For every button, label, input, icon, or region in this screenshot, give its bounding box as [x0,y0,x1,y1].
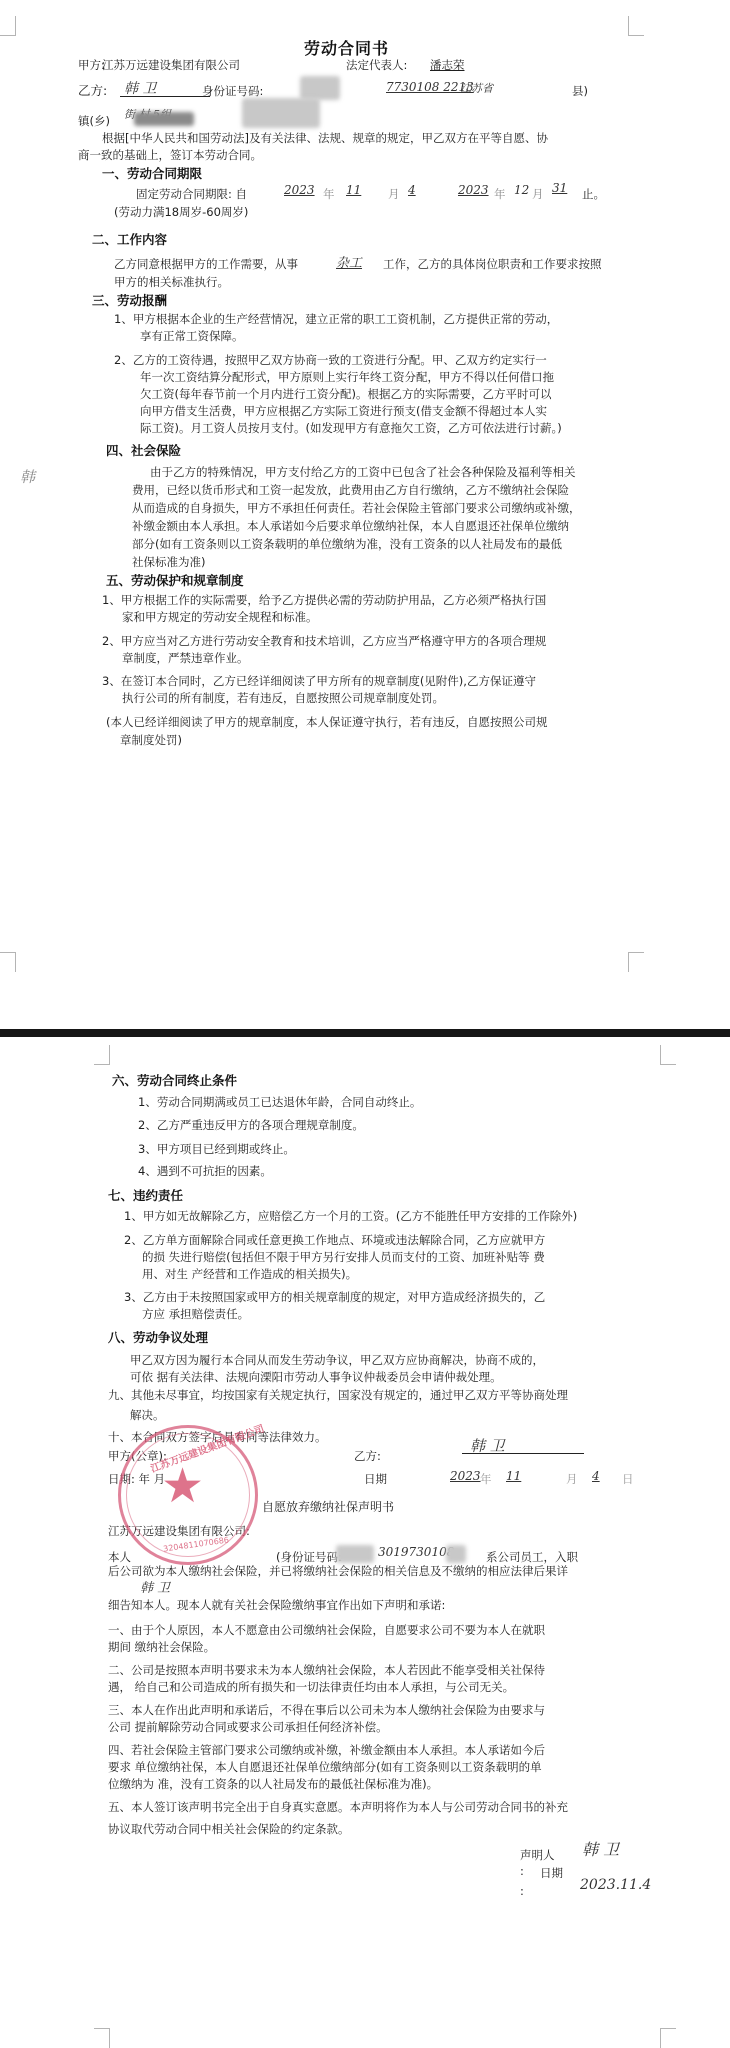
section-2-heading: 二、工作内容 [92,230,167,248]
section-8-heading: 八、劳动争议处理 [108,1328,208,1346]
section-1-heading: 一、劳动合同期限 [102,164,202,182]
contract-page-1: 劳动合同书 甲方: 江苏万远建设集团有限公司 法定代表人: 潘志荣 乙方: 韩 … [0,0,730,1029]
insurance-line-2: 费用，已经以货币形式和工资一起发放，此费用由乙方自行缴纳，乙方不缴纳社会保险 [132,482,569,498]
pay-item-1-line-1: 1、甲方根据本企业的生产经营情况，建立正常的职工工资机制，乙方提供正常的劳动， [114,311,558,327]
month-unit: 月 [566,1471,578,1487]
intro-line-1: 根据[中华人民共和国劳动法]及有关法律、法规、规章的规定，甲乙双方在平等自愿、协 [102,130,548,146]
insurance-line-5: 部分(如有工资条则以工资条载明的单位缴纳为准，没有工资条的以人社局发布的最低 [132,536,562,552]
term-label: 固定劳动合同期限: 自 [136,186,247,202]
crop-mark [660,1045,676,1065]
page-divider [0,1029,730,1037]
pay-item-2-line-4: 向甲方借支生活费，甲方应根据乙方实际工资进行预支(借支金额不得超过本人实 [140,403,547,419]
end-day: 31 [552,181,567,195]
termination-item-3: 3、甲方项目已经到期或终止。 [138,1141,295,1157]
redacted-id [300,76,340,100]
company-seal: ★ 江苏万远建设集团有限公司 3204811070686 [118,1425,258,1565]
section-9-line-1: 九、其他未尽事宜，均按国家有关规定执行，国家没有规定的，通过甲乙双方平等协商处理 [108,1387,568,1403]
section-9-line-2: 解决。 [130,1407,165,1423]
redacted-address [242,98,320,128]
liability-item-2-line-3: 用、对生 产经营和工作造成的相关损失)。 [142,1266,357,1282]
county-suffix: 县) [572,83,588,99]
signature-underline [462,1453,584,1454]
crop-mark [0,16,16,36]
liability-item-3-line-2: 方应 承担赔偿责任。 [142,1306,249,1322]
dispute-line-1: 甲乙双方因为履行本合同从而发生劳动争议，甲乙双方应协商解决，协商不成的， [130,1352,544,1368]
declaration-item-5-line-2: 协议取代劳动合同中相关社会保险的约定条款。 [108,1821,350,1837]
termination-item-2: 2、乙方严重违反甲方的各项合理规章制度。 [138,1117,364,1133]
legal-rep-label: 法定代表人: [346,57,407,73]
declaration-item-3-line-2: 公司 提前解除劳动合同或要求公司承担任何经济补偿。 [108,1719,388,1735]
contract-title: 劳动合同书 [304,36,389,59]
age-note: (劳动力满18周岁-60周岁) [114,204,248,220]
year-unit: 年 [480,1471,492,1487]
redacted-id [336,1545,374,1563]
rules-item-1-line-2: 家和甲方规定的劳动安全规程和标准。 [122,609,318,625]
declaration-date-value: 2023.11.4 [580,1877,651,1893]
insurance-line-4: 补缴金额由本人承担。本人承诺如今后要求单位缴纳社保，本人自愿退还社保单位缴纳 [132,518,569,534]
party-b-date-label: 日期 [364,1471,387,1487]
start-day: 4 [408,183,416,197]
month-unit: 月 [388,186,400,202]
party-a-label: 甲方: [78,57,105,73]
liability-item-2-line-1: 2、乙方单方面解除合同或任意更换工作地点、环境或违法解除合同，乙方应就甲方 [124,1232,545,1248]
legal-rep-value: 潘志荣 [430,57,465,73]
province-handwriting: 江苏省 [460,80,493,96]
party-b-date-day: 4 [592,1469,600,1483]
redacted-id [446,1545,466,1563]
end-year: 2023 [458,183,489,197]
section-7-heading: 七、违约责任 [108,1186,183,1204]
day-unit: 日 [622,1471,634,1487]
declarant-label: 声明人 [520,1847,555,1863]
declaration-item-4-line-2: 要求 单位缴纳社保，本人自愿退还社保单位缴纳部分(如有工资条则以工资条载明的单 [108,1759,542,1775]
rules-item-2-line-1: 2、甲方应当对乙方进行劳动安全教育和技术培训，乙方应当严格遵守甲方的各项合理规 [102,633,546,649]
contract-page-2: 六、劳动合同终止条件 1、劳动合同期满或员工已达退休年龄，合同自动终止。 2、乙… [0,1037,730,2048]
party-b-date-year: 2023 [450,1469,481,1483]
year-unit: 年 [323,186,335,202]
crop-mark [628,952,644,972]
party-b-signature: 韩 卫 [124,78,156,98]
job-line-2: 甲方的相关标准执行。 [114,274,229,290]
end-month: 12 [514,183,529,197]
section-6-heading: 六、劳动合同终止条件 [112,1071,237,1089]
pay-item-2-line-5: 际工资)。月工资人员按月支付。(如发现甲方有意拖欠工资，乙方可依法进行讨薪。) [140,420,562,436]
rules-item-3-line-2: 执行公司的所有制度，若有违反，自愿按照公司规章制度处罚。 [122,690,444,706]
start-year: 2023 [284,183,315,197]
declaration-handwritten-name: 韩 卫 [140,1577,170,1596]
year-unit: 年 [494,186,506,202]
liability-item-1: 1、甲方如无故解除乙方，应赔偿乙方一个月的工资。(乙方不能胜任甲方安排的工作除外… [124,1208,577,1224]
crop-mark [628,16,644,36]
month-unit: 月 [532,186,544,202]
margin-handwriting: 韩 [20,466,35,487]
signature-underline [120,96,210,97]
insurance-line-6: 社保标准为准) [132,554,206,570]
declaration-item-4-line-1: 四、若社会保险主管部门要求公司缴纳或补缴，补缴金额由本人承担。本人承诺如今后 [108,1742,545,1758]
declaration-id-partial: 3019730108 [378,1545,454,1559]
party-b-date-month: 11 [506,1469,521,1483]
crop-mark [660,2028,676,2048]
id-label: 身份证号码: [202,83,263,99]
insurance-line-3: 从而造成的自身损失，甲方不承担任何责任。若社会保险主管部门要求公司缴纳或补缴， [132,500,581,516]
declaration-item-3-line-1: 三、本人在作出此声明和承诺后，不得在事后以公司未为本人缴纳社会保险为由要求与 [108,1702,545,1718]
rules-note-line-2: 章制度处罚) [120,732,182,748]
declaration-date-label: 日期 [540,1865,563,1881]
pay-item-1-line-2: 享有正常工资保障。 [140,328,244,344]
rules-item-1-line-1: 1、甲方根据工作的实际需要，给予乙方提供必需的劳动防护用品，乙方必须严格执行国 [102,592,546,608]
declaration-item-4-line-3: 位缴纳为 准，没有工资条的以人社局发布的最低社保标准为准)。 [108,1776,438,1792]
liability-item-3-line-1: 3、乙方由于未按照国家或甲方的相关规章制度的规定，对甲方造成经济损失的，乙 [124,1289,545,1305]
party-b-label: 乙方: [78,83,107,99]
declaration-item-1-line-1: 一、由于个人原因，本人不愿意由公司缴纳社会保险，自愿要求公司不要为本人在就职 [108,1622,545,1638]
pay-item-2-line-3: 欠工资(每年春节前一个月内进行工资分配)。根据乙方的实际需要，乙方平时可以 [140,386,551,402]
declaration-title: 自愿放弃缴纳社保声明书 [262,1499,394,1515]
job-handwriting: 杂工 [336,252,362,271]
termination-item-4: 4、遇到不可抗拒的因素。 [138,1163,272,1179]
pay-item-2-line-1: 2、乙方的工资待遇，按照甲乙双方协商一致的工资进行分配。甲、乙双方约定实行一 [114,352,547,368]
rules-note-line-1: (本人已经详细阅读了甲方的规章制度，本人保证遵守执行，若有违反，自愿按照公司规 [106,714,547,730]
pay-item-2-line-2: 年一次工资结算分配形式，甲方原则上实行年终工资分配，甲方不得以任何借口拖 [140,369,554,385]
rules-item-2-line-2: 章制度，严禁违章作业。 [122,650,249,666]
redacted-address [134,112,194,126]
declaration-line-2: 后公司欲为本人缴纳社会保险，并已将缴纳社会保险的相关信息及不缴纳的相应法律后果详 [108,1563,568,1579]
crop-mark [94,2028,110,2048]
town-label: 镇(乡) [78,113,110,129]
section-5-heading: 五、劳动保护和规章制度 [106,571,244,589]
job-line-pre: 乙方同意根据甲方的工作需要，从事 [114,256,298,272]
rules-item-3-line-1: 3、在签订本合同时，乙方已经详细阅读了甲方所有的规章制度(见附件),乙方保证遵守 [102,673,536,689]
declaration-item-2-line-1: 二、公司是按照本声明书要求未为本人缴纳社会保险，本人若因此不能享受相关社保待 [108,1662,545,1678]
section-4-heading: 四、社会保险 [106,441,181,459]
job-line-post: 工作，乙方的具体岗位职责和工作要求按照 [383,256,602,272]
section-3-heading: 三、劳动报酬 [92,291,167,309]
colon: : [520,1863,524,1879]
crop-mark [94,1045,110,1065]
declaration-item-5-line-1: 五、本人签订该声明书完全出于自身真实意愿。本声明将作为本人与公司劳动合同书的补充 [108,1799,568,1815]
declaration-item-1-line-2: 期间 缴纳社会保险。 [108,1639,215,1655]
intro-line-2: 商一致的基础上，签订本劳动合同。 [78,147,262,163]
declarant-signature: 韩 卫 [582,1837,619,1860]
termination-item-1: 1、劳动合同期满或员工已达退休年龄，合同自动终止。 [138,1094,421,1110]
party-a-value: 江苏万远建设集团有限公司 [102,57,240,73]
declaration-line-3: 细告知本人。现本人就有关社会保险缴纳事宜作出如下声明和承诺: [108,1597,445,1613]
crop-mark [0,952,16,972]
end-suffix: 止。 [582,186,605,202]
dispute-line-2: 可依 据有关法律、法规向溧阳市劳动人事争议仲裁委员会申请仲裁处理。 [130,1369,502,1385]
declaration-item-2-line-2: 遇， 给自己和公司造成的所有损失和一切法律责任均由本人承担，与公司无关。 [108,1679,514,1695]
start-month: 11 [346,183,361,197]
party-b-sign-label: 乙方: [354,1448,381,1464]
colon: : [520,1883,524,1899]
insurance-line-1: 由于乙方的特殊情况，甲方支付给乙方的工资中已包含了社会各种保险及福利等相关 [150,464,576,480]
liability-item-2-line-2: 的损 失进行赔偿(包括但不限于甲方另行安排人员而支付的工资、加班补贴等 费 [142,1249,545,1265]
